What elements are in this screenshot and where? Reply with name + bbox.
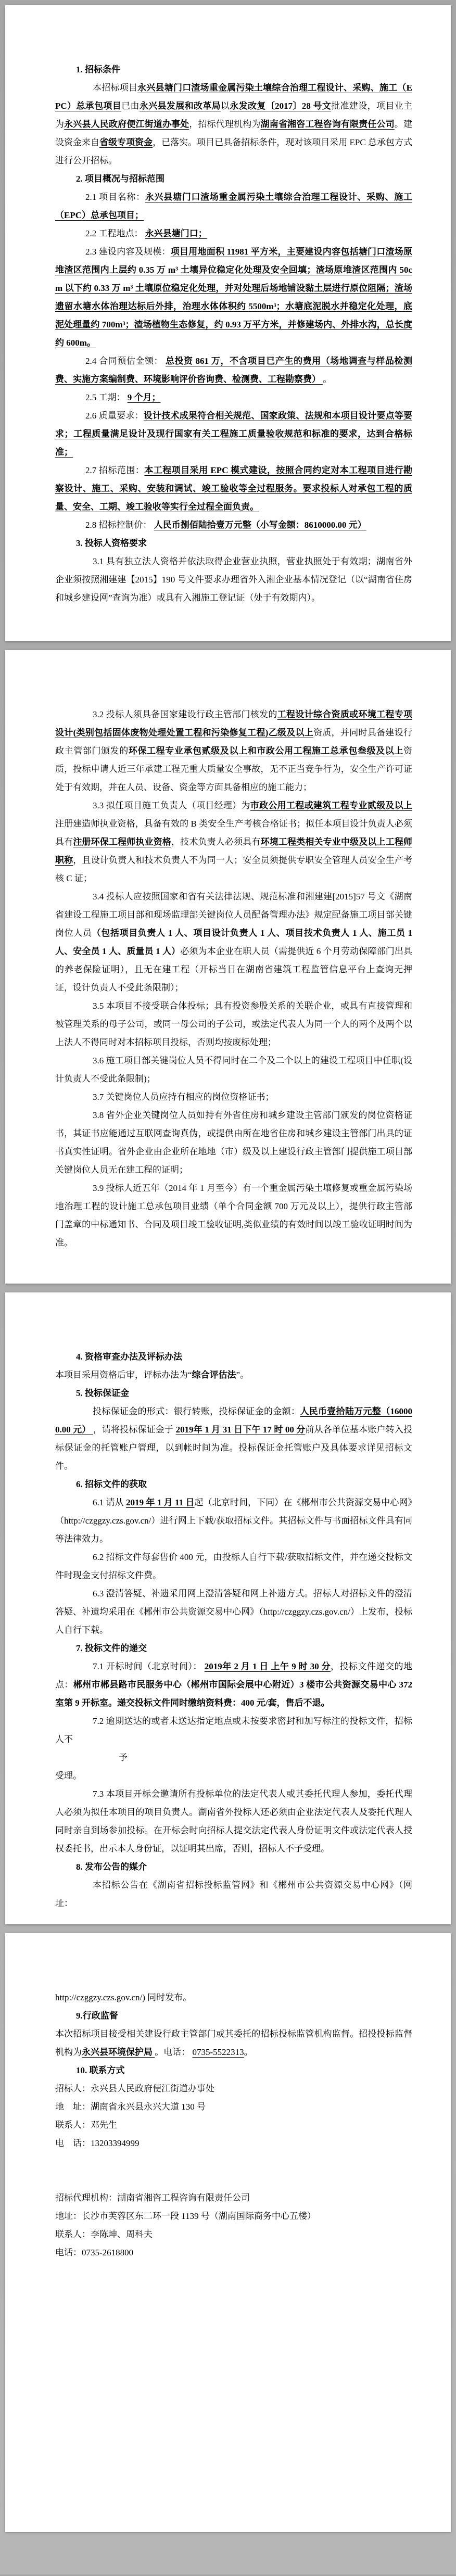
- paragraph: 本次招标项目接受相关建设行政主管部门或其委托的招标投标监管机构监督。招投投标监督…: [55, 2025, 412, 2061]
- text-run: 本招标项目: [93, 83, 137, 93]
- text-run: 电话：0735-2618800: [55, 2248, 133, 2257]
- text-run: 永兴县人民政府便江街道办事处: [64, 119, 189, 129]
- text-run: 10. 联系方式: [76, 2065, 125, 2075]
- text-run: 人民币捌佰陆拾壹万元整（小写金额：8610000.00 元）: [154, 520, 366, 530]
- text-run: 永发改复〔2017〕28 号文: [230, 101, 331, 111]
- text-run: 9 个月；: [128, 392, 161, 402]
- text-run: 7. 投标文件的递交: [76, 1643, 147, 1653]
- paragraph: 投标保证金的形式：银行转账，投标保证金的金额：人民币壹拾陆万元整（160000.…: [55, 1402, 412, 1475]
- paragraph: 3.5 本项目不接受联合体投标；具有投资参股关系的关联企业，或具有直接管理和被管…: [55, 997, 412, 1051]
- text-run: ，招标代理机构为: [189, 119, 260, 129]
- section-heading: 5. 投标保证金: [55, 1384, 412, 1402]
- paragraph: 予: [55, 1748, 412, 1767]
- document-page-2: 3.2 投标人须具备国家建设行政主管部门核发的工程设计综合资质或环境工程专项设计…: [5, 650, 451, 1284]
- paragraph: 6.3 澄清答疑、补遗采用网上澄清答疑和网上补遗方式。招标人对招标文件的澄清答疑…: [55, 1584, 412, 1639]
- text-run: 2.2 工程地点：: [85, 229, 145, 238]
- text-run: 已由: [121, 101, 140, 111]
- text-run: 市政公用工程或建筑工程专业贰级及以上: [250, 801, 412, 810]
- text-run: 1. 招标条件: [76, 65, 120, 74]
- text-run: 。电话：: [155, 2047, 192, 2057]
- text-run: 7.1 开标时间（北京时间）：: [93, 1661, 205, 1671]
- paragraph: 招标人：永兴县人民政府便江街道办事处: [55, 2079, 412, 2098]
- paragraph: 地 址：湖南省永兴县永兴大道 130 号: [55, 2098, 412, 2116]
- paragraph: 2.2 工程地点： 永兴县塘门口；: [55, 224, 412, 243]
- paragraph: 2.7 招标范围：本工程项目采用 EPC 模式建设，按照合同约定对本工程项目进行…: [55, 461, 412, 516]
- text-run: ，技术负责人必须具有: [171, 837, 261, 847]
- paragraph: 电 话：13203394999: [55, 2134, 412, 2152]
- paragraph: 7.2 逾期送达的或者未送达指定地点或未按要求密封和加写标注的投标文件，招标人不: [55, 1712, 412, 1748]
- section-heading: 4. 资格审查办法及评标办法: [55, 1348, 412, 1366]
- text-run: 予: [119, 1753, 128, 1762]
- paragraph: 联系人：李陈坤、周科夫: [55, 2225, 412, 2243]
- paragraph: 本项目采用资格后审，评标办法为“综合评估法”。: [55, 1366, 412, 1384]
- text-run: 永兴县发展和改革局: [140, 101, 221, 111]
- text-run: 联系人：邓先生: [55, 2120, 117, 2130]
- text-run: 。: [244, 2047, 253, 2057]
- text-run: http://czggzy.czs.gov.cn/) 同时发布。: [55, 1993, 192, 2002]
- section-heading: 7. 投标文件的递交: [55, 1639, 412, 1657]
- text-run: 5. 投标保证金: [76, 1388, 129, 1398]
- text-run: 3.8 省外企业关键岗位人员如持有外省住房和城乡建设主管部门颁发的岗位资格证书，…: [55, 1110, 412, 1175]
- section-heading: 2. 项目概况与招标范围: [55, 170, 412, 188]
- blank-line: [55, 2171, 412, 2189]
- text-run: 7.3 本项目开标会邀请所有投标单位的法定代表人或其委托代理人参加，委托代理人必…: [55, 1789, 412, 1854]
- section-heading: 8. 发布公告的媒介: [55, 1858, 412, 1876]
- document-page-4: http://czggzy.czs.gov.cn/) 同时发布。9.行政监督本次…: [5, 1933, 451, 2532]
- text-run: 项目用地面积 11981 平方米，主要建设内容包括塘门口渣场原堆渣区范围内上层约…: [55, 247, 412, 348]
- text-run: ，请将投标保证金于: [93, 1425, 176, 1435]
- blank-line: [55, 2152, 412, 2171]
- text-run: 3.6 施工项目部关键岗位人员不得同时在二个及二个以上的建设工程项目中任职(设计…: [55, 1056, 412, 1084]
- text-run: 4. 资格审查办法及评标办法: [76, 1352, 182, 1362]
- paragraph: 受理。: [55, 1767, 412, 1785]
- paragraph: 3.2 投标人须具备国家建设行政主管部门核发的工程设计综合资质或环境工程专项设计…: [55, 705, 412, 796]
- text-run: 2. 项目概况与招标范围: [76, 174, 164, 184]
- paragraph: 6.1 请从 2019 年 1 月 11 日起（北京时间，下同）在《郴州市公共资…: [55, 1493, 412, 1548]
- text-run: 3. 投标人资格要求: [76, 538, 147, 548]
- paragraph: 7.1 开标时间（北京时间）： 2019年 2 月 1 日 上午 9 时 30 …: [55, 1657, 412, 1712]
- paragraph: 2.8 招标控制价： 人民币捌佰陆拾壹万元整（小写金额：8610000.00 元…: [55, 516, 412, 534]
- text-run: 以: [221, 101, 230, 111]
- text-run: 受理。: [55, 1771, 82, 1781]
- section-heading: 3. 投标人资格要求: [55, 534, 412, 552]
- paragraph: 3.9 投标人近五年（2014 年 1 月至今）有一个重金属污染土壤修复或重金属…: [55, 1179, 412, 1252]
- text-run: 3.9 投标人近五年（2014 年 1 月至今）有一个重金属污染土壤修复或重金属…: [55, 1183, 412, 1248]
- paragraph: 2.6 质量要求：设计技术成果符合相关规范、国家政策、法规和本项目设计要点等要求…: [55, 407, 412, 461]
- section-heading: 9.行政监督: [55, 2007, 412, 2025]
- paragraph: 2.5 工期： 9 个月；: [55, 388, 412, 407]
- paragraph: 3.1 具有独立法人资格并依法取得企业营业执照，营业执照处于有效期；湖南省外企业…: [55, 552, 412, 607]
- paragraph: 2.3 建设内容及规模：项目用地面积 11981 平方米，主要建设内容包括塘门口…: [55, 243, 412, 352]
- paragraph: 7.3 本项目开标会邀请所有投标单位的法定代表人或其委托代理人参加，委托代理人必…: [55, 1785, 412, 1858]
- text-run: 6. 招标文件的获取: [76, 1479, 147, 1489]
- text-run: 本招标公告在《湖南省招标投标监管网》和《郴州市公共资源交易中心网》（网址：: [55, 1880, 412, 1908]
- text-run: 6.2 招标文件每套售价 400 元，由投标人自行下载/获取招标文件，并在递交投…: [55, 1552, 412, 1580]
- paragraph: 3.7 关键岗位人员应持有相应的岗位资格证书；: [55, 1088, 412, 1106]
- document-viewer: 1. 招标条件本招标项目永兴县塘门口渣场重金属污染土壤综合治理工程设计、采购、施…: [0, 0, 456, 2574]
- text-run: 地 址：湖南省永兴县永兴大道 130 号: [55, 2102, 206, 2112]
- paragraph: 3.3 拟任项目施工负责人（项目经理）为市政公用工程或建筑工程专业贰级及以上注册…: [55, 796, 412, 887]
- paragraph: 电话：0735-2618800: [55, 2243, 412, 2262]
- paragraph: 联系人：邓先生: [55, 2116, 412, 2134]
- text-run: 2019 年 1 月 11 日: [126, 1498, 194, 1507]
- text-run: 环保工程专业承包贰级及以上和市政公用工程施工总承包叁级及以上: [129, 746, 403, 756]
- paragraph: http://czggzy.czs.gov.cn/) 同时发布。: [55, 1988, 412, 2007]
- section-heading: 1. 招标条件: [55, 60, 412, 79]
- text-run: 2019年 2 月 1 日 上午 9 时 30 分: [205, 1661, 331, 1671]
- text-run: 6.3 澄清答疑、补遗采用网上澄清答疑和网上补遗方式。招标人对招标文件的澄清答疑…: [55, 1589, 412, 1635]
- paragraph: 本招标项目永兴县塘门口渣场重金属污染土壤综合治理工程设计、采购、施工（EPC）总…: [55, 79, 412, 170]
- text-run: 3.5 本项目不接受联合体投标；具有投资参股关系的关联企业，或具有直接管理和被管…: [55, 1001, 412, 1047]
- document-page-3: 4. 资格审查办法及评标办法本项目采用资格后审，评标办法为“综合评估法”。5. …: [5, 1292, 451, 1924]
- text-run: 投标保证金的形式：银行转账，投标保证金的金额：: [93, 1406, 300, 1416]
- paragraph: 3.8 省外企业关键岗位人员如持有外省住房和城乡建设主管部门颁发的岗位资格证书，…: [55, 1106, 412, 1179]
- text-run: 注册环保工程师执业资格: [73, 837, 171, 847]
- text-run: 省级专项资金: [99, 137, 153, 147]
- paragraph: 6.2 招标文件每套售价 400 元，由投标人自行下载/获取招标文件，并在递交投…: [55, 1548, 412, 1584]
- section-heading: 6. 招标文件的获取: [55, 1475, 412, 1493]
- text-run: 2.5 工期：: [85, 392, 128, 402]
- text-run: 联系人：李陈坤、周科夫: [55, 2229, 153, 2239]
- text-run: 2.1 项目名称：: [85, 192, 145, 202]
- text-run: 2019年 1 月 31 日下午 17 时 00 分: [176, 1425, 306, 1435]
- paragraph: 地址：长沙市芙蓉区东二环一段 1139 号（湖南国际商务中心五楼）: [55, 2207, 412, 2225]
- paragraph: 2.1 项目名称：永兴县塘门口渣场重金属污染土壤综合治理工程设计、采购、施工（E…: [55, 188, 412, 224]
- paragraph: 2.4 合同预估金额： 总投资 861 万，不含项目已产生的费用（场地调查与样品…: [55, 352, 412, 388]
- text-run: ”。: [236, 1370, 249, 1380]
- text-run: 郴州市郴县路市民服务中心（郴州市国际会展中心附近）3 楼市公共资源交易中心 37…: [55, 1680, 412, 1708]
- text-run: 招标人：永兴县人民政府便江街道办事处: [55, 2084, 214, 2093]
- text-run: 湖南省湘咨工程咨询有限责任公司: [261, 119, 395, 129]
- document-page-1: 1. 招标条件本招标项目永兴县塘门口渣场重金属污染土壤综合治理工程设计、采购、施…: [5, 5, 451, 641]
- text-run: 0735-5522313: [193, 2047, 244, 2057]
- text-run: 3.7 关键岗位人员应持有相应的岗位资格证书；: [93, 1092, 274, 1102]
- text-run: 7.2 逾期送达的或者未送达指定地点或未按要求密封和加写标注的投标文件，招标人不: [55, 1716, 412, 1744]
- text-run: 3.3 拟任项目施工负责人（项目经理）为: [93, 801, 250, 810]
- text-run: 2.4 合同预估金额：: [85, 356, 166, 366]
- text-run: 地址：长沙市芙蓉区东二环一段 1139 号（湖南国际商务中心五楼）: [55, 2211, 316, 2221]
- text-run: 永兴县环境保护局: [82, 2047, 155, 2057]
- text-run: 3.1 具有独立法人资格并依法取得企业营业执照，营业执照处于有效期；湖南省外企业…: [55, 556, 412, 603]
- text-run: 招标代理机构：湖南省湘咨工程咨询有限责任公司: [55, 2193, 250, 2203]
- text-run: 电 话：13203394999: [55, 2138, 140, 2148]
- text-run: 9.行政监督: [76, 2011, 118, 2021]
- paragraph: 3.4 投标人应按照国家和省有关法律法规、规范标准和湘建建[2015]57 号文…: [55, 887, 412, 997]
- text-run: 8. 发布公告的媒介: [76, 1862, 147, 1872]
- text-run: 2.3 建设内容及规模：: [85, 247, 171, 257]
- paragraph: 本招标公告在《湖南省招标投标监管网》和《郴州市公共资源交易中心网》（网址：: [55, 1876, 412, 1912]
- text-run: 2.7 招标范围：: [85, 465, 144, 475]
- text-run: 2.8 招标控制价：: [85, 520, 154, 530]
- section-heading: 10. 联系方式: [55, 2061, 412, 2079]
- text-run: 3.2 投标人须具备国家建设行政主管部门核发的: [93, 709, 277, 719]
- text-run: 2.6 质量要求：: [85, 411, 144, 421]
- paragraph: 3.6 施工项目部关键岗位人员不得同时在二个及二个以上的建设工程项目中任职(设计…: [55, 1051, 412, 1088]
- text-run: 。: [323, 374, 332, 384]
- text-run: 永兴县塘门口；: [145, 229, 207, 238]
- text-run: 6.1 请从: [93, 1498, 126, 1507]
- paragraph: 招标代理机构：湖南省湘咨工程咨询有限责任公司: [55, 2189, 412, 2207]
- text-run: ，且设计负责人和技术负责人不为同一人；安全员须提供专职安全管理人员安全生产考核 …: [55, 855, 412, 883]
- text-run: 综合评估法: [192, 1370, 236, 1380]
- text-run: 本项目采用资格后审，评标办法为“: [55, 1370, 192, 1380]
